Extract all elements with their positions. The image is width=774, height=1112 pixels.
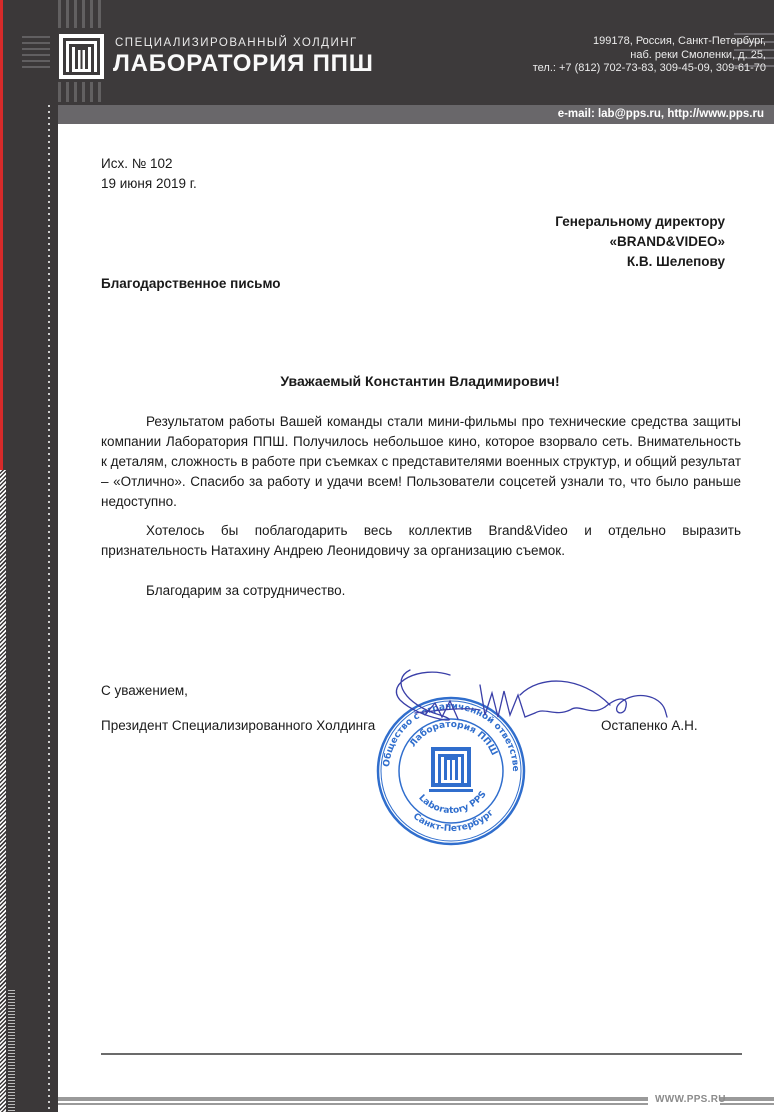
footer-stripe xyxy=(58,1097,648,1107)
bottom-divider xyxy=(101,1053,742,1055)
letter-body: Исх. № 102 19 июня 2019 г. Генеральному … xyxy=(0,0,774,1112)
svg-text:Laboratory PPS: Laboratory PPS xyxy=(416,790,488,816)
stamp-logo-icon xyxy=(429,747,473,792)
closing: С уважением, xyxy=(101,681,188,701)
footer-website: WWW.PPS.RU xyxy=(655,1094,726,1105)
recipient-block: Генеральному директору «BRAND&VIDEO» К.В… xyxy=(555,212,725,272)
stamp-latin-text: Laboratory PPS xyxy=(416,790,488,816)
signer-position: Президент Специализированного Холдинга xyxy=(101,716,375,736)
recipient-title: Генеральному директору xyxy=(555,212,725,232)
paragraph: Результатом работы Вашей команды стали м… xyxy=(101,412,741,512)
letter-subject: Благодарственное письмо xyxy=(101,274,281,294)
paragraph: Благодарим за сотрудничество. xyxy=(101,581,741,601)
salutation: Уважаемый Константин Владимирович! xyxy=(0,371,774,391)
reference-block: Исх. № 102 19 июня 2019 г. xyxy=(101,154,197,194)
recipient-name: К.В. Шелепову xyxy=(555,252,725,272)
footer-stripe xyxy=(720,1097,774,1107)
reference-number: Исх. № 102 xyxy=(101,154,197,174)
handwritten-signature-icon xyxy=(380,655,690,745)
recipient-company: «BRAND&VIDEO» xyxy=(555,232,725,252)
paragraph: Хотелось бы поблагодарить весь коллектив… xyxy=(101,521,741,561)
letter-date: 19 июня 2019 г. xyxy=(101,174,197,194)
